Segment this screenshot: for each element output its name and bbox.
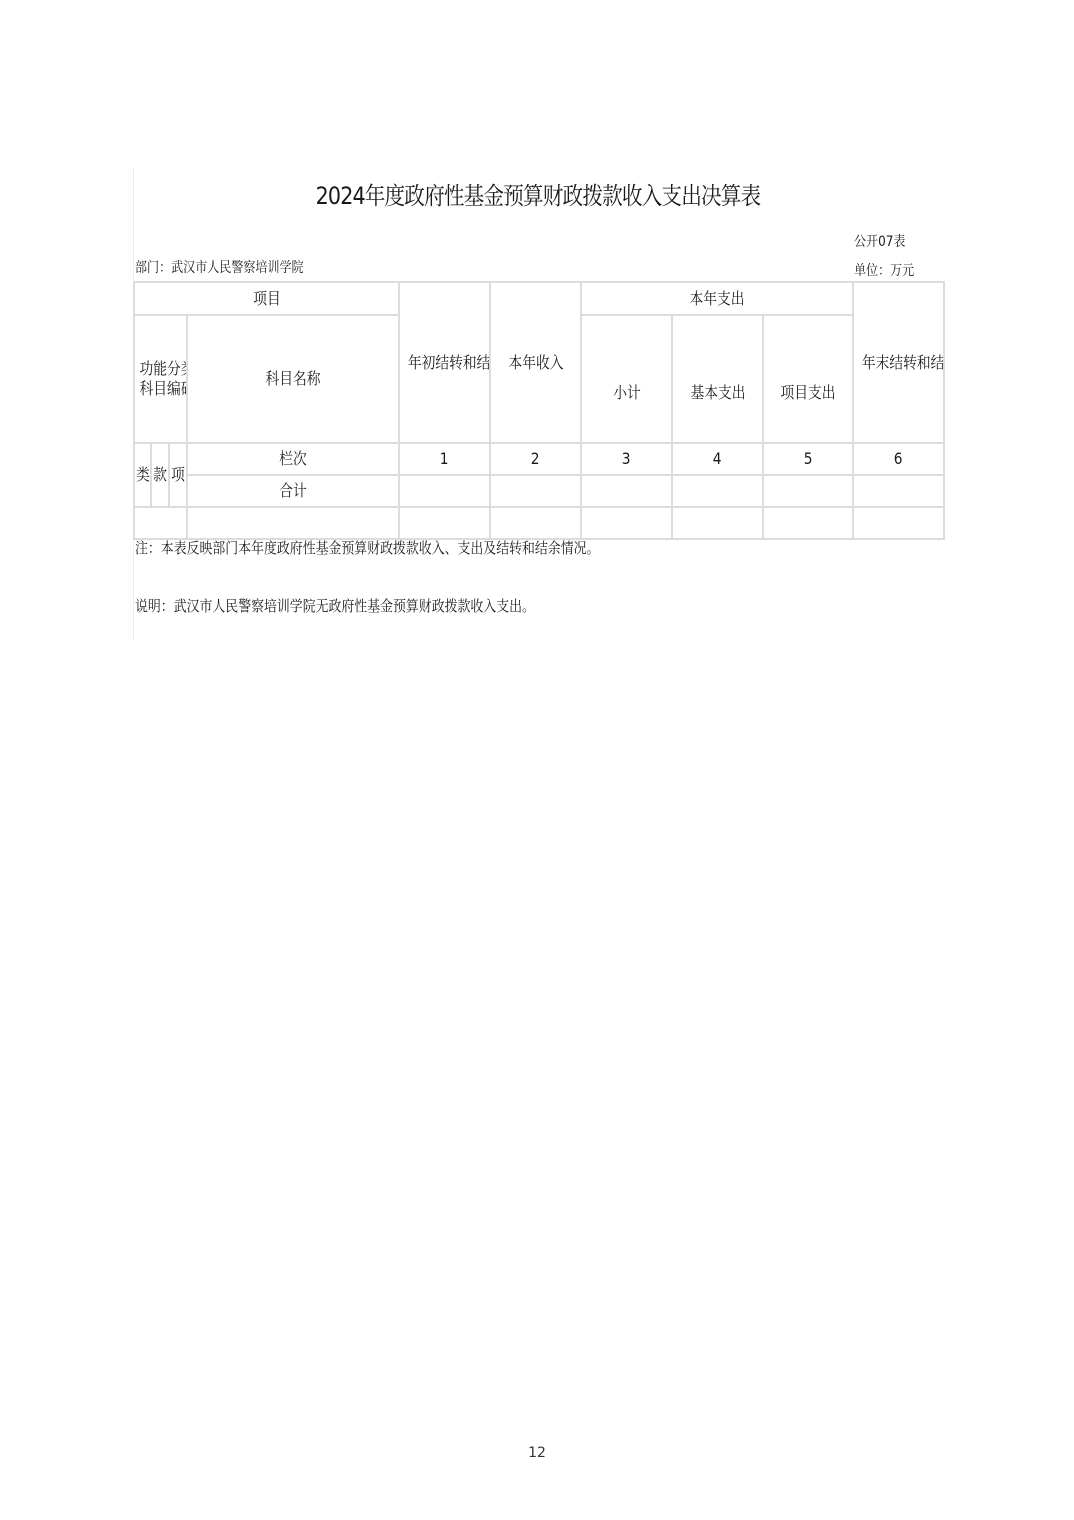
table-number: 公开07表 [854, 228, 914, 257]
code-header: 功能分类 科目编码 [134, 315, 187, 443]
basic-expenditure-header: 基本支出 [672, 315, 763, 443]
column-index-cell: 3 [581, 443, 672, 475]
total-cell [490, 475, 581, 507]
code-part-section: 款 [151, 443, 169, 507]
total-row: 合计 [134, 475, 944, 507]
column-index-cell: 5 [763, 443, 853, 475]
page-number: 12 [0, 1445, 1074, 1461]
table-meta: 公开07表 单位：万元 [854, 228, 914, 286]
total-cell [581, 475, 672, 507]
empty-cell [490, 507, 581, 539]
opening-balance-header: 年初结转和结余 [399, 282, 490, 443]
total-cell [853, 475, 944, 507]
empty-row [134, 507, 944, 539]
subtotal-header: 小计 [581, 315, 672, 443]
column-index-cell: 1 [399, 443, 490, 475]
column-index-cell: 2 [490, 443, 581, 475]
column-index-row: 类 款 项 栏次 1 2 3 4 5 6 [134, 443, 944, 475]
empty-name-cell [187, 507, 399, 539]
column-index-cell: 4 [672, 443, 763, 475]
name-header: 科目名称 [187, 315, 399, 443]
total-label: 合计 [187, 475, 399, 507]
header-row-1: 项目 年初结转和结余 本年收入 本年支出 年末结转和结余 [134, 282, 944, 315]
total-cell [399, 475, 490, 507]
project-expenditure-header: 项目支出 [763, 315, 853, 443]
code-part-category: 类 [134, 443, 151, 507]
total-cell [763, 475, 853, 507]
column-index-cell: 6 [853, 443, 944, 475]
closing-balance-header: 年末结转和结余 [853, 282, 944, 443]
total-cell [672, 475, 763, 507]
table-note: 注：本表反映部门本年度政府性基金预算财政拨款收入、支出及结转和结余情况。 [135, 538, 599, 558]
document-title: 2024年度政府性基金预算财政拨款收入支出决算表 [190, 178, 887, 214]
budget-table: 项目 年初结转和结余 本年收入 本年支出 年末结转和结余 功能分类 科目编码 科… [133, 281, 945, 540]
empty-cell [763, 507, 853, 539]
column-index-label: 栏次 [187, 443, 399, 475]
table-explanation: 说明：武汉市人民警察培训学院无政府性基金预算财政拨款收入支出。 [135, 596, 535, 616]
empty-cell [399, 507, 490, 539]
expenditure-group-header: 本年支出 [581, 282, 853, 315]
empty-cell [672, 507, 763, 539]
code-part-item: 项 [169, 443, 187, 507]
empty-code-cell [134, 507, 187, 539]
current-income-header: 本年收入 [490, 282, 581, 443]
item-group-header: 项目 [134, 282, 399, 315]
empty-cell [581, 507, 672, 539]
empty-cell [853, 507, 944, 539]
department-label: 部门：武汉市人民警察培训学院 [135, 258, 304, 278]
